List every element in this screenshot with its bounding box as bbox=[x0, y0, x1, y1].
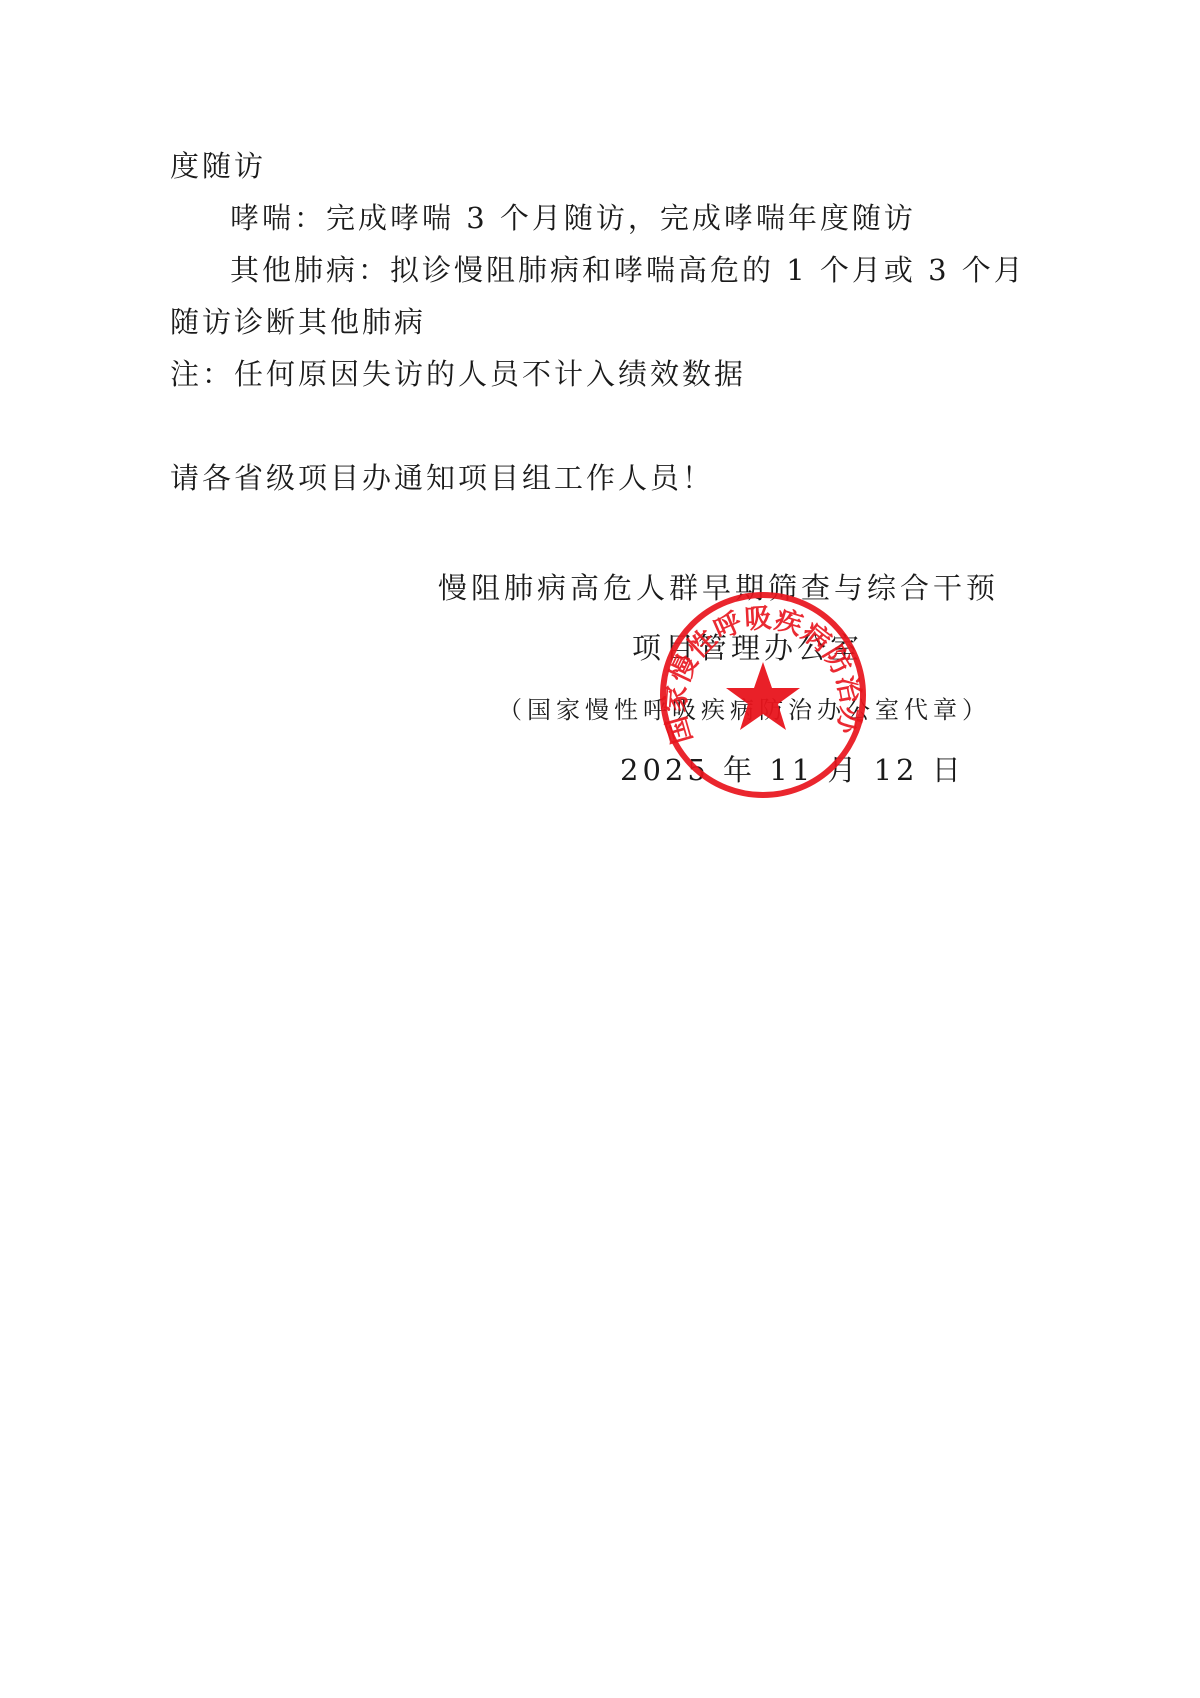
body-line-1: 度随访 bbox=[170, 146, 266, 186]
body-line-other-lung: 其他肺病：拟诊慢阻肺病和哮喘高危的 1 个月或 3 个月 bbox=[230, 250, 1026, 290]
body-line-other-lung-cont: 随访诊断其他肺病 bbox=[170, 302, 426, 342]
notice-line: 请各省级项目办通知项目组工作人员！ bbox=[170, 458, 714, 498]
signature-org-line1: 慢阻肺病高危人群早期筛查与综合干预 bbox=[438, 568, 999, 608]
signature-date: 2025 年 11 月 12 日 bbox=[620, 750, 965, 790]
note-line: 注：任何原因失访的人员不计入绩效数据 bbox=[170, 354, 746, 394]
signature-seal-note: （国家慢性呼吸疾病防治办公室代章） bbox=[498, 690, 991, 730]
signature-org-line2: 项目管理办公室 bbox=[632, 628, 863, 668]
body-line-asthma: 哮喘：完成哮喘 3 个月随访，完成哮喘年度随访 bbox=[230, 198, 916, 238]
